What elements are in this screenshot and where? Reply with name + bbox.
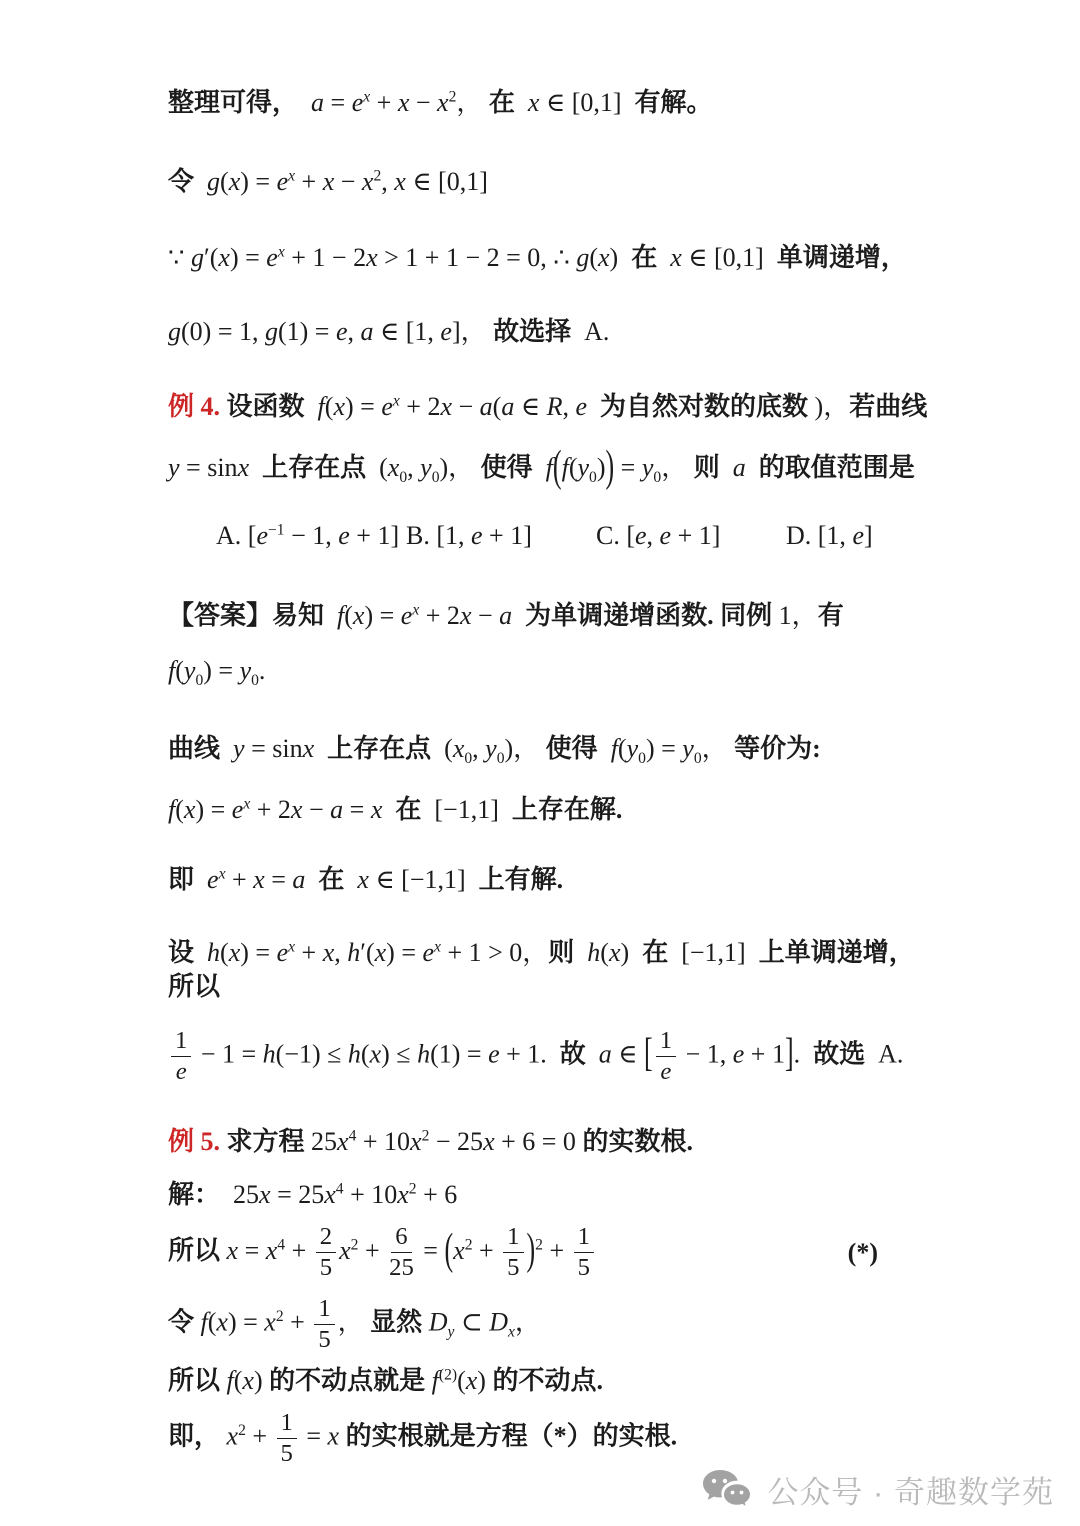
line-example4-condition: y = sinx 上存在点 (x0, y0)， 使得 f(f(y0)) = y0…	[168, 451, 940, 485]
line-fixed-point-eq: f(y0) = y0.	[168, 654, 940, 688]
line-g-values-conclusion: g(0) = 1, g(1) = e, a ∈ [1, e]， 故选择 A.	[168, 315, 940, 349]
line-solution-start: 解： 25x = 25x4 + 10x2 + 6	[168, 1178, 940, 1212]
line-curve-equivalence: 曲线 y = sinx 上存在点 (x0, y0)， 使得 f(y0) = y0…	[168, 732, 940, 766]
line-fixed-point-statement: 所以 f(x) 的不动点就是 f(2)(x) 的不动点.	[168, 1364, 940, 1398]
line-example5-heading: 例 5. 求方程 25x4 + 10x2 − 25x + 6 = 0 的实数根.	[168, 1125, 940, 1159]
footer-watermark: 公众号 · 奇趣数学苑	[701, 1467, 1054, 1512]
option-a: A. [e−1 − 1, e + 1]	[216, 519, 406, 553]
line-define-h: 设 h(x) = ex + x, h′(x) = ex + 1 > 0，则 h(…	[168, 936, 940, 1004]
line-define-g: 令 g(x) = ex + x − x2, x ∈ [0,1]	[168, 165, 940, 199]
line-answer-start: 【答案】易知 f(x) = ex + 2x − a 为单调递增函数. 同例 1，…	[168, 599, 940, 633]
line-derivative-g: ∵ g′(x) = ex + 1 − 2x > 1 + 1 − 2 = 0, ∴…	[168, 241, 940, 275]
options-row: A. [e−1 − 1, e + 1] B. [1, e + 1] C. [e,…	[168, 519, 940, 553]
option-b: B. [1, e + 1]	[406, 519, 596, 553]
option-d: D. [1, e]	[786, 519, 873, 553]
line-simplified-equation: 即 ex + x = a 在 x ∈ [−1,1] 上有解.	[168, 863, 940, 897]
substitution-formula: 所以 x = x4 + 25x2 + 625 = (x2 + 15)2 + 15	[168, 1236, 597, 1265]
wechat-icon	[701, 1468, 753, 1512]
line-h-range-conclusion: 1e − 1 = h(−1) ≤ h(x) ≤ h(1) = e + 1. 故 …	[168, 1028, 940, 1085]
star-marker: (*)	[848, 1236, 878, 1270]
line-rearrange-statement: 整理可得， a = ex + x − x2， 在 x ∈ [0,1] 有解。	[168, 86, 940, 120]
line-substitution-identity: 所以 x = x4 + 25x2 + 625 = (x2 + 15)2 + 15…	[168, 1224, 940, 1281]
option-c: C. [e, e + 1]	[596, 519, 786, 553]
solution-content: 整理可得， a = ex + x − x2， 在 x ∈ [0,1] 有解。 令…	[0, 0, 1080, 1467]
line-example4-heading: 例 4. 设函数 f(x) = ex + 2x − a(a ∈ R, e 为自然…	[168, 390, 940, 424]
line-equation-on-interval: f(x) = ex + 2x − a = x 在 [−1,1] 上存在解.	[168, 793, 940, 827]
line-real-root-statement: 即， x2 + 15 = x 的实根就是方程（*）的实根.	[168, 1410, 940, 1467]
footer-label: 公众号 · 奇趣数学苑	[767, 1467, 1054, 1512]
line-define-f: 令 f(x) = x2 + 15， 显然 Dy ⊂ Dx，	[168, 1296, 940, 1353]
